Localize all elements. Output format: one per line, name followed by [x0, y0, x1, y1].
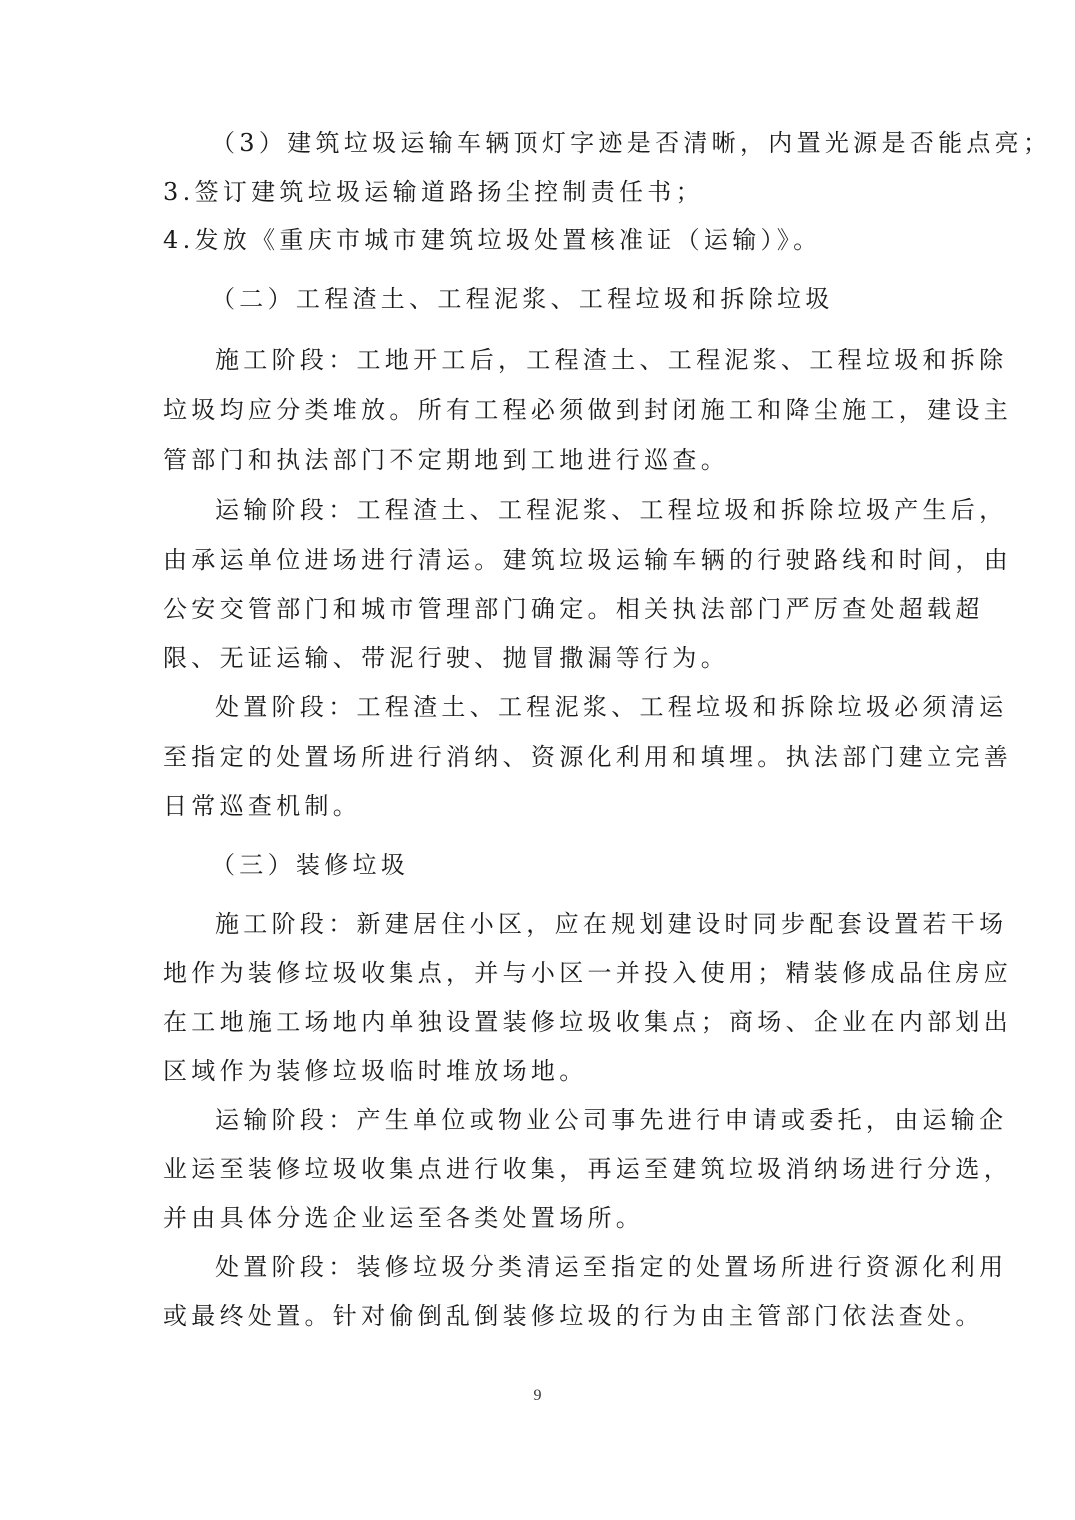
paragraph-line: 由承运单位进场进行清运。建筑垃圾运输车辆的行驶路线和时间，由 — [163, 545, 1012, 575]
paragraph-line: 管部门和执法部门不定期地到工地进行巡查。 — [163, 445, 729, 475]
list-item-lamp-check: （3）建筑垃圾运输车辆顶灯字迹是否清晰，内置光源是否能点亮； — [211, 128, 1051, 158]
paragraph-line: 区域作为装修垃圾临时堆放场地。 — [163, 1056, 588, 1086]
paragraph-line: 垃圾均应分类堆放。所有工程必须做到封闭施工和降尘施工，建设主 — [163, 395, 1012, 425]
page-number: 9 — [0, 1387, 1075, 1405]
paragraph-line: 施工阶段：新建居住小区，应在规划建设时同步配套设置若干场 — [215, 909, 1007, 939]
paragraph-line: 地作为装修垃圾收集点，并与小区一并投入使用；精装修成品住房应 — [163, 958, 1012, 988]
paragraph-line: 运输阶段：工程渣土、工程泥浆、工程垃圾和拆除垃圾产生后， — [215, 495, 1007, 525]
paragraph-line: 处置阶段：装修垃圾分类清运至指定的处置场所进行资源化利用 — [215, 1252, 1007, 1282]
paragraph-line: 至指定的处置场所进行消纳、资源化利用和填埋。执法部门建立完善 — [163, 742, 1012, 772]
list-item-3-sign-responsibility: 3.签订建筑垃圾运输道路扬尘控制责任书； — [163, 177, 704, 207]
paragraph-line: 处置阶段：工程渣土、工程泥浆、工程垃圾和拆除垃圾必须清运 — [215, 692, 1007, 722]
paragraph-line: 施工阶段：工地开工后，工程渣土、工程泥浆、工程垃圾和拆除 — [215, 345, 1007, 375]
list-item-4-issue-permit: 4.发放《重庆市城市建筑垃圾处置核准证（运输）》。 — [163, 225, 821, 255]
paragraph-line: 业运至装修垃圾收集点进行收集，再运至建筑垃圾消纳场进行分选， — [163, 1154, 1012, 1184]
subheading-engineering-waste: （二）工程渣土、工程泥浆、工程垃圾和拆除垃圾 — [211, 284, 834, 314]
paragraph-line: 日常巡查机制。 — [163, 791, 361, 821]
paragraph-line: 限、无证运输、带泥行驶、抛冒撒漏等行为。 — [163, 643, 729, 673]
paragraph-line: 并由具体分选企业运至各类处置场所。 — [163, 1203, 644, 1233]
paragraph-line: 或最终处置。针对偷倒乱倒装修垃圾的行为由主管部门依法查处。 — [163, 1301, 984, 1331]
paragraph-line: 公安交管部门和城市管理部门确定。相关执法部门严厉查处超载超 — [163, 594, 984, 624]
subheading-decoration-waste: （三）装修垃圾 — [211, 850, 409, 880]
paragraph-line: 在工地施工场地内单独设置装修垃圾收集点；商场、企业在内部划出 — [163, 1007, 1012, 1037]
paragraph-line: 运输阶段：产生单位或物业公司事先进行申请或委托，由运输企 — [215, 1105, 1007, 1135]
